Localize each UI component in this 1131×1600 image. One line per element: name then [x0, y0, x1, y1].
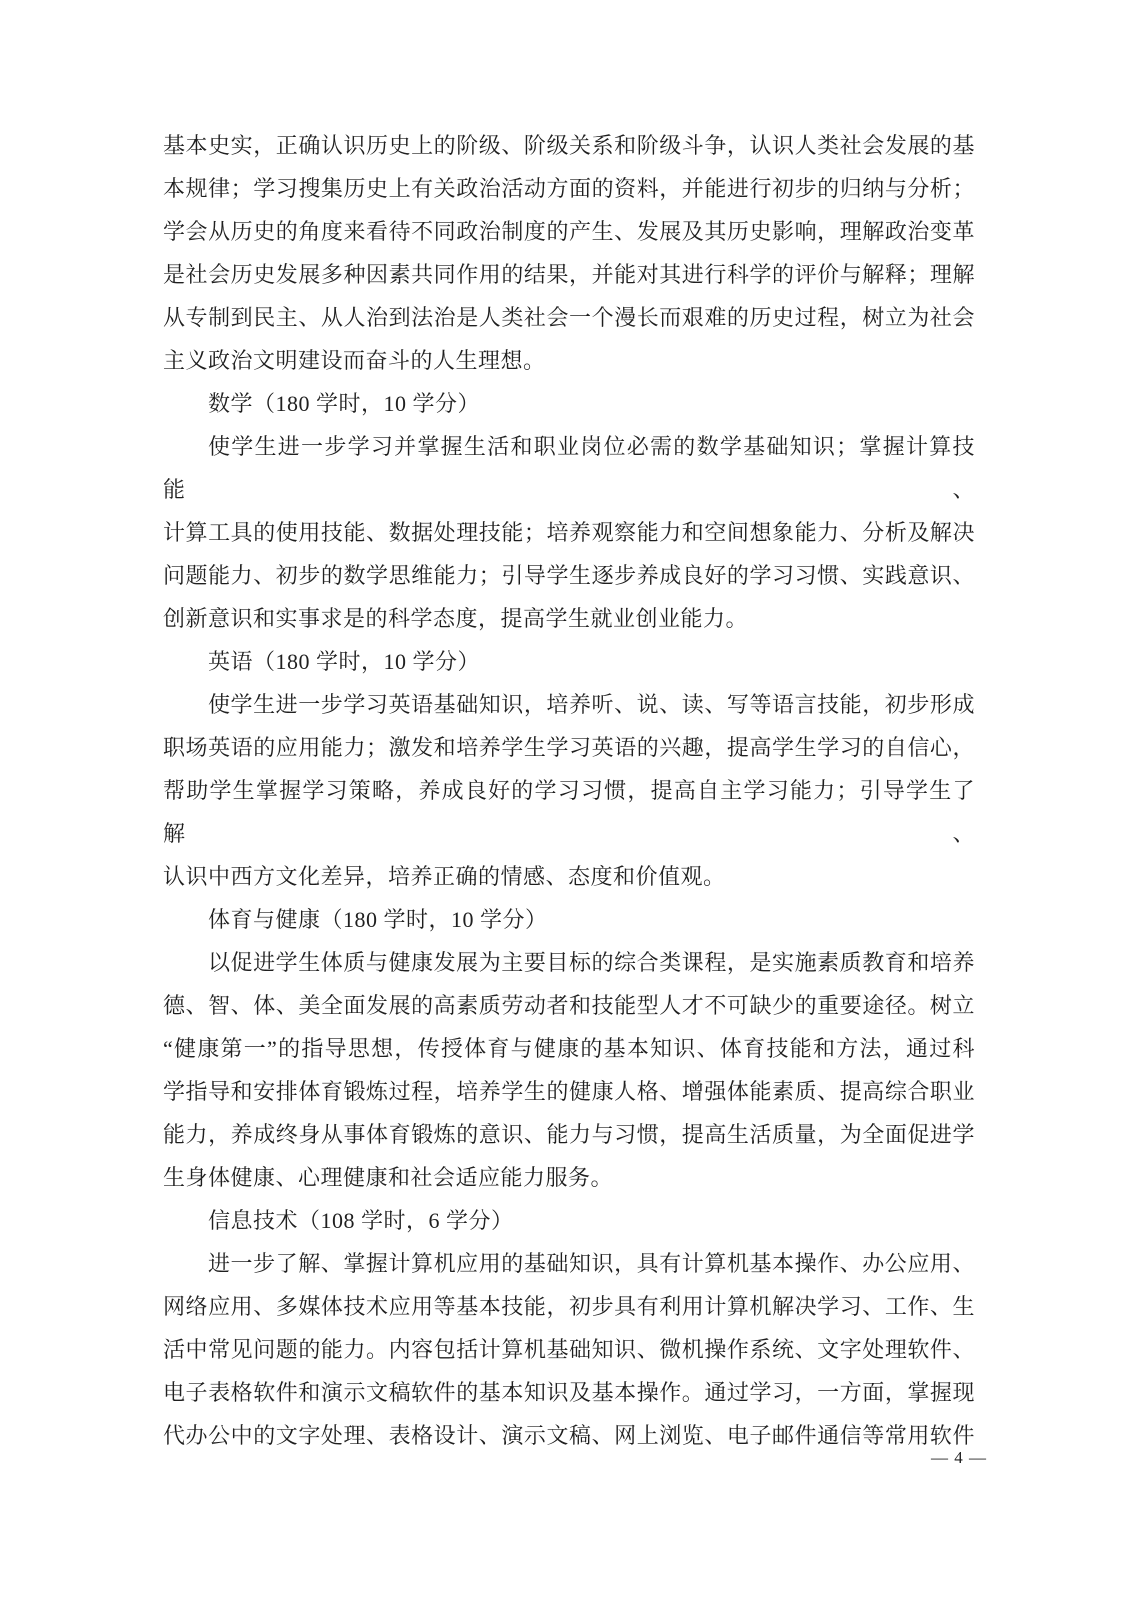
text-line: 职场英语的应用能力；激发和培养学生学习英语的兴趣，提高学生学习的自信心，	[163, 726, 975, 769]
text-line: 生身体健康、心理健康和社会适应能力服务。	[163, 1156, 975, 1199]
text-line: 计算工具的使用技能、数据处理技能；培养观察能力和空间想象能力、分析及解决	[163, 511, 975, 554]
text-line: 学指导和安排体育锻炼过程，培养学生的健康人格、增强体能素质、提高综合职业	[163, 1070, 975, 1113]
text-line: “健康第一”的指导思想，传授体育与健康的基本知识、体育技能和方法，通过科	[163, 1027, 975, 1070]
text-line: 问题能力、初步的数学思维能力；引导学生逐步养成良好的学习习惯、实践意识、	[163, 554, 975, 597]
text-line: 是社会历史发展多种因素共同作用的结果，并能对其进行科学的评价与解释；理解	[163, 253, 975, 296]
document-body: 基本史实，正确认识历史上的阶级、阶级关系和阶级斗争，认识人类社会发展的基本规律；…	[163, 124, 975, 1457]
course-heading: 数学（180 学时，10 学分）	[163, 382, 975, 425]
text-line: 以促进学生体质与健康发展为主要目标的综合类课程，是实施素质教育和培养	[163, 941, 975, 984]
page: 基本史实，正确认识历史上的阶级、阶级关系和阶级斗争，认识人类社会发展的基本规律；…	[0, 0, 1131, 1600]
text-line: 网络应用、多媒体技术应用等基本技能，初步具有利用计算机解决学习、工作、生	[163, 1285, 975, 1328]
course-heading: 英语（180 学时，10 学分）	[163, 640, 975, 683]
text-line: 主义政治文明建设而奋斗的人生理想。	[163, 339, 975, 382]
page-number: — 4 —	[931, 1448, 987, 1468]
text-line: 认识中西方文化差异，培养正确的情感、态度和价值观。	[163, 855, 975, 898]
text-line: 从专制到民主、从人治到法治是人类社会一个漫长而艰难的历史过程，树立为社会	[163, 296, 975, 339]
text-line: 创新意识和实事求是的科学态度，提高学生就业创业能力。	[163, 597, 975, 640]
course-heading: 体育与健康（180 学时，10 学分）	[163, 898, 975, 941]
text-line: 使学生进一步学习英语基础知识，培养听、说、读、写等语言技能，初步形成	[163, 683, 975, 726]
text-line: 使学生进一步学习并掌握生活和职业岗位必需的数学基础知识；掌握计算技能、	[163, 425, 975, 511]
text-line: 活中常见问题的能力。内容包括计算机基础知识、微机操作系统、文字处理软件、	[163, 1328, 975, 1371]
text-line: 学会从历史的角度来看待不同政治制度的产生、发展及其历史影响，理解政治变革	[163, 210, 975, 253]
text-line: 代办公中的文字处理、表格设计、演示文稿、网上浏览、电子邮件通信等常用软件	[163, 1414, 975, 1457]
course-heading: 信息技术（108 学时，6 学分）	[163, 1199, 975, 1242]
text-line: 帮助学生掌握学习策略，养成良好的学习习惯，提高自主学习能力；引导学生了解、	[163, 769, 975, 855]
text-line: 本规律；学习搜集历史上有关政治活动方面的资料，并能进行初步的归纳与分析；	[163, 167, 975, 210]
text-line: 进一步了解、掌握计算机应用的基础知识，具有计算机基本操作、办公应用、	[163, 1242, 975, 1285]
text-line: 电子表格软件和演示文稿软件的基本知识及基本操作。通过学习，一方面，掌握现	[163, 1371, 975, 1414]
text-line: 基本史实，正确认识历史上的阶级、阶级关系和阶级斗争，认识人类社会发展的基	[163, 124, 975, 167]
text-line: 能力，养成终身从事体育锻炼的意识、能力与习惯，提高生活质量，为全面促进学	[163, 1113, 975, 1156]
text-line: 德、智、体、美全面发展的高素质劳动者和技能型人才不可缺少的重要途径。树立	[163, 984, 975, 1027]
